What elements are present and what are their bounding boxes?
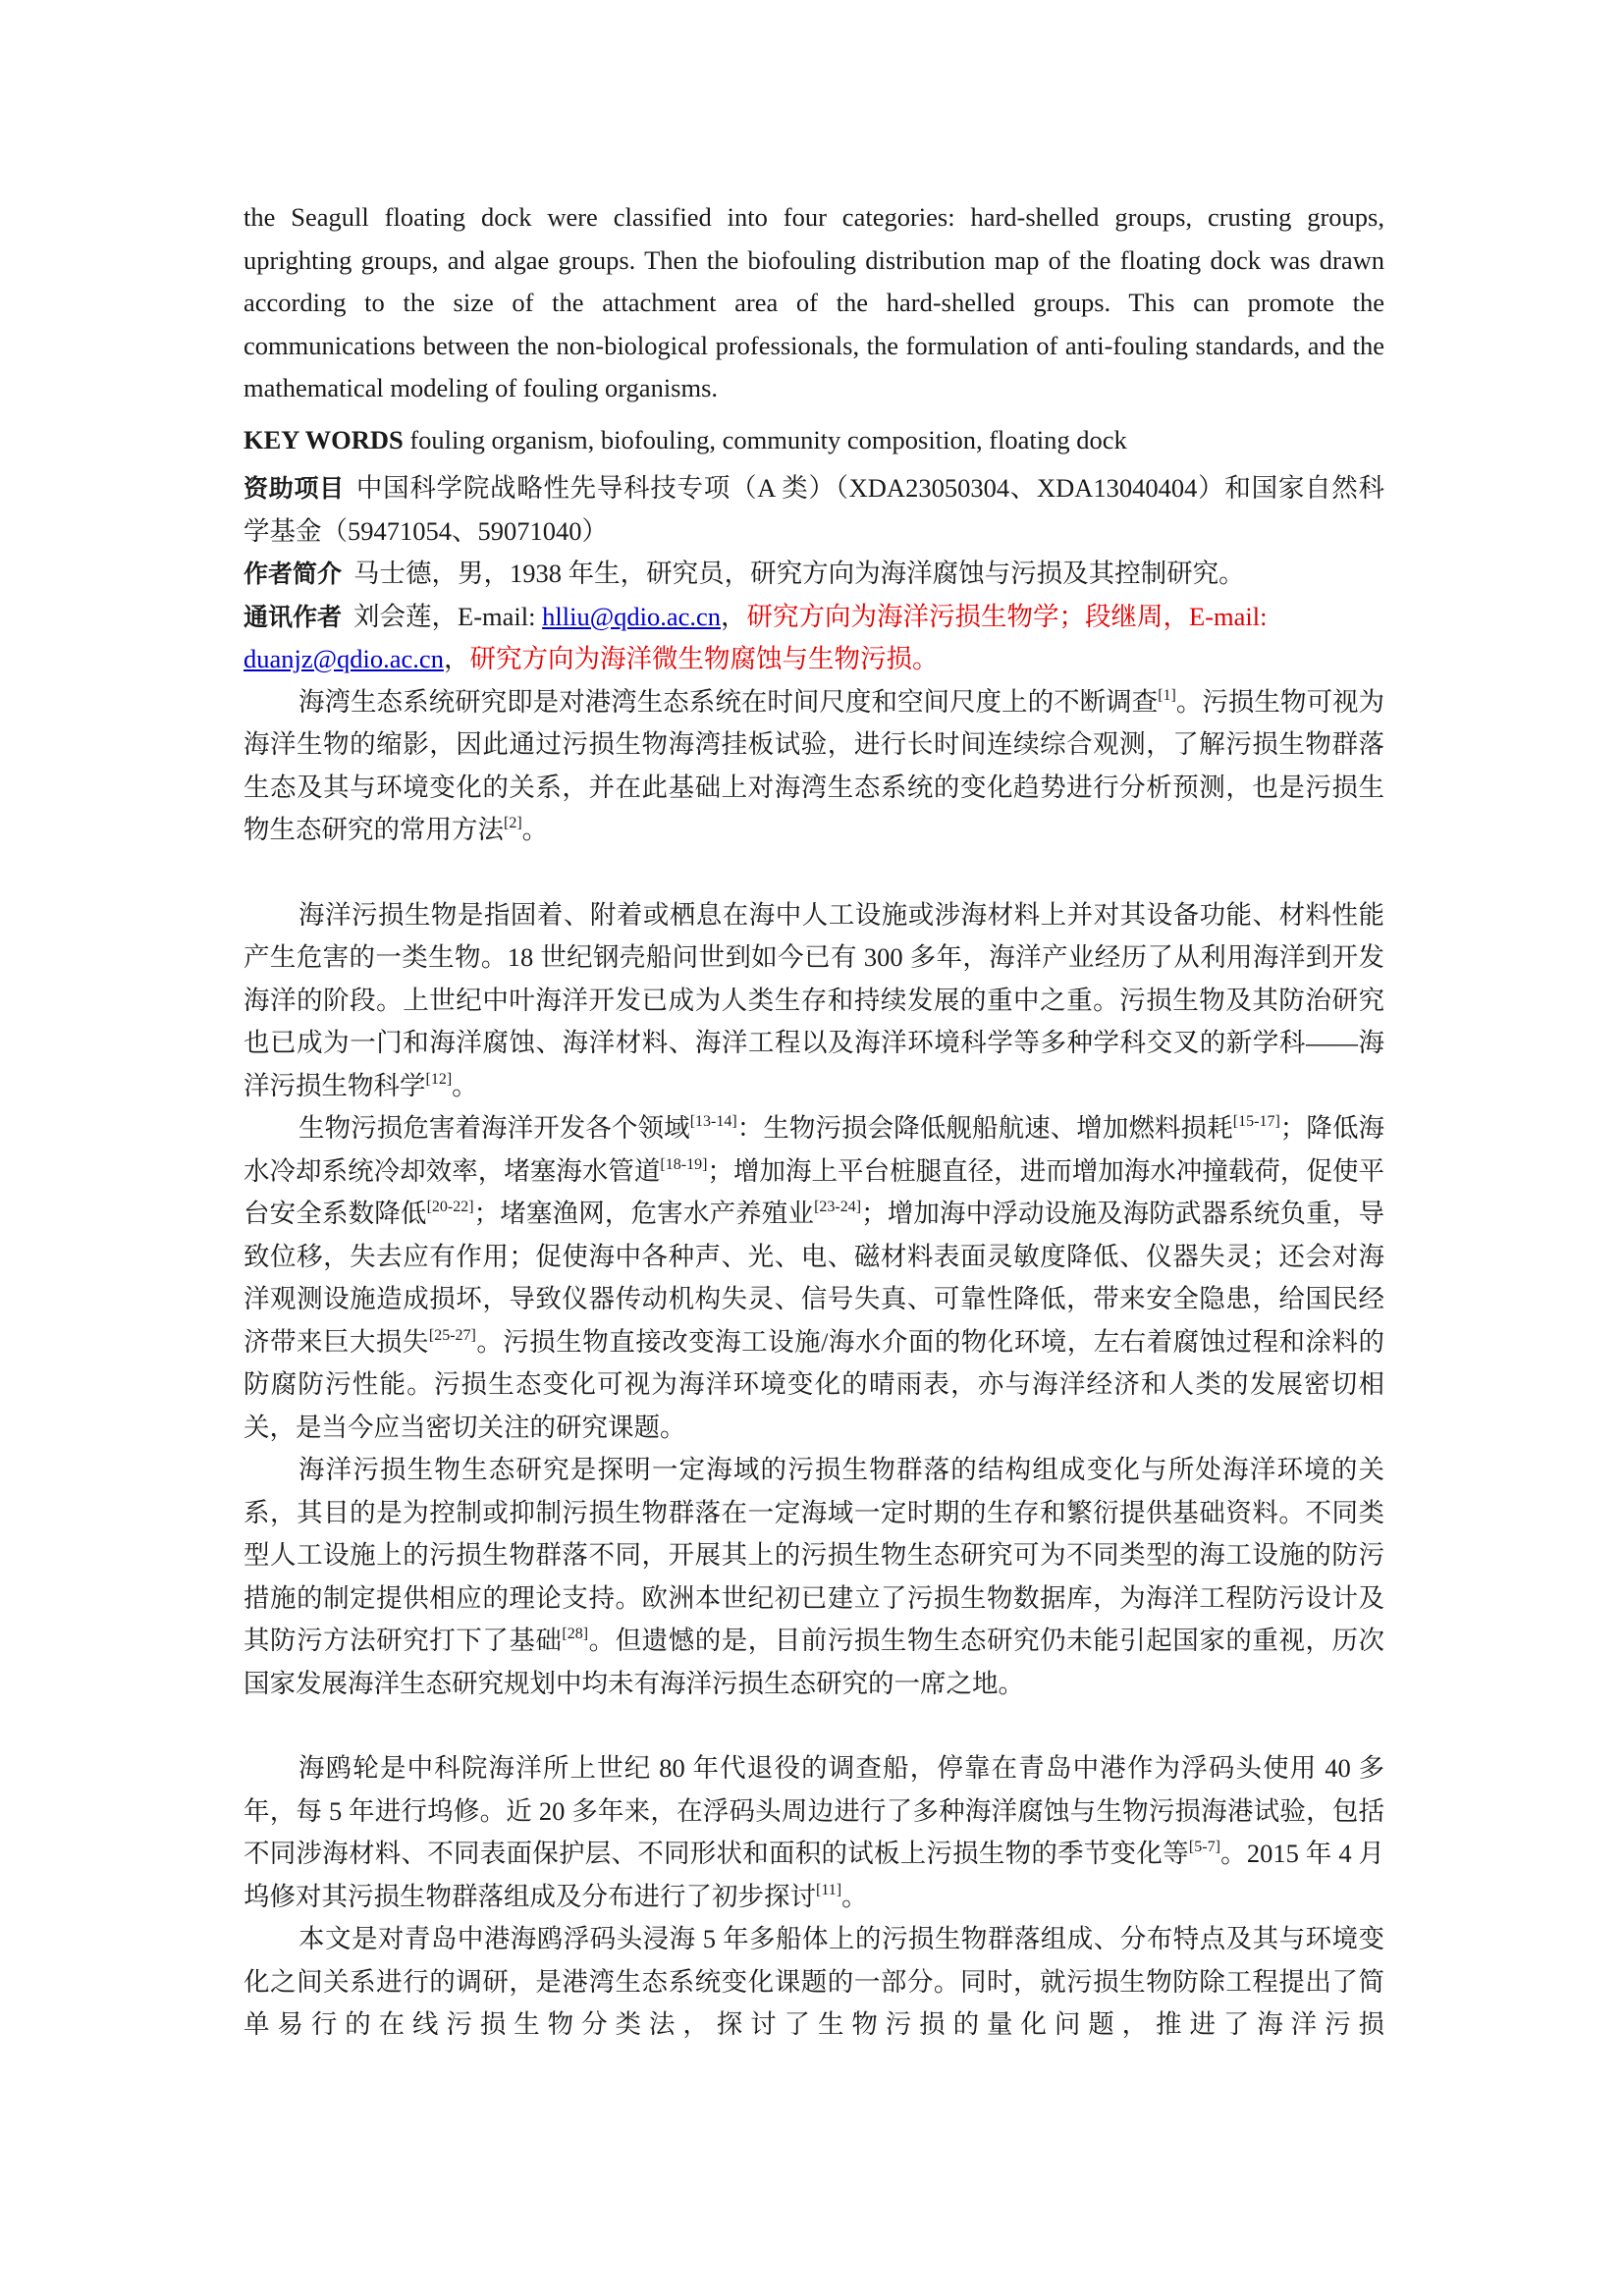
funding-text: 中国科学院战略性先导科技专项（A 类）（XDA23050304、XDA13040… bbox=[244, 473, 1384, 546]
citation: [18-19] bbox=[660, 1156, 707, 1173]
citation: [23-24] bbox=[814, 1199, 861, 1215]
citation: [2] bbox=[504, 815, 522, 831]
paragraph-6: 本文是对青岛中港海鸥浮码头浸海 5 年多船体上的污损生物群落组成、分布特点及其与… bbox=[244, 1918, 1384, 2047]
paragraph-4: 海洋污损生物生态研究是探明一定海域的污损生物群落的结构组成变化与所处海洋环境的关… bbox=[244, 1449, 1384, 1705]
citation: [28] bbox=[562, 1626, 588, 1642]
paragraph-3: 生物污损危害着海洋开发各个领域[13-14]：生物污损会降低舰船航速、增加燃料损… bbox=[244, 1107, 1384, 1449]
funding-label: 资助项目 bbox=[244, 474, 345, 503]
citation: [1] bbox=[1158, 687, 1176, 704]
paragraph-1: 海湾生态系统研究即是对港湾生态系统在时间尺度和空间尺度上的不断调查[1]。污损生… bbox=[244, 681, 1384, 852]
separator: ， bbox=[721, 602, 747, 631]
citation: [25-27] bbox=[429, 1327, 476, 1344]
citation: [15-17] bbox=[1233, 1113, 1280, 1130]
research-direction-1: 研究方向为海洋污损生物学；段继周，E-mail: bbox=[747, 602, 1268, 631]
blank-line bbox=[244, 1705, 1384, 1747]
english-abstract-tail: the Seagull floating dock were classifie… bbox=[244, 196, 1384, 410]
author-bio-line: 作者简介马士德，男，1938 年生，研究员，研究方向为海洋腐蚀与污损及其控制研究… bbox=[244, 553, 1384, 596]
author-bio-text: 马士德，男，1938 年生，研究员，研究方向为海洋腐蚀与污损及其控制研究。 bbox=[353, 559, 1245, 588]
paragraph-2: 海洋污损生物是指固着、附着或栖息在海中人工设施或涉海材料上并对其设备功能、材料性… bbox=[244, 894, 1384, 1108]
blank-line bbox=[244, 852, 1384, 894]
citation: [20-22] bbox=[427, 1199, 474, 1215]
paper-page: the Seagull floating dock were classifie… bbox=[244, 196, 1384, 2047]
email-link-duanjz[interactable]: duanjz@qdio.ac.cn bbox=[244, 644, 444, 673]
keywords-label: KEY WORDS bbox=[244, 425, 404, 454]
keywords-text: fouling organism, biofouling, community … bbox=[404, 425, 1127, 454]
author-bio-label: 作者简介 bbox=[244, 560, 342, 588]
paragraph-5: 海鸥轮是中科院海洋所上世纪 80 年代退役的调查船，停靠在青岛中港作为浮码头使用… bbox=[244, 1747, 1384, 1918]
keywords-line: KEY WORDS fouling organism, biofouling, … bbox=[244, 419, 1384, 462]
separator: ， bbox=[444, 644, 470, 673]
corresponding-author-line: 通讯作者刘会莲，E-mail: hlliu@qdio.ac.cn，研究方向为海洋… bbox=[244, 596, 1384, 681]
citation: [5-7] bbox=[1189, 1839, 1220, 1855]
corresponding-name1: 刘会莲，E-mail: bbox=[353, 602, 542, 631]
corresponding-label: 通讯作者 bbox=[244, 603, 342, 631]
citation: [13-14] bbox=[690, 1113, 737, 1130]
email-link-hlliu[interactable]: hlliu@qdio.ac.cn bbox=[542, 602, 721, 631]
funding-line: 资助项目中国科学院战略性先导科技专项（A 类）（XDA23050304、XDA1… bbox=[244, 467, 1384, 553]
citation: [12] bbox=[426, 1071, 453, 1088]
research-direction-2: 研究方向为海洋微生物腐蚀与生物污损。 bbox=[469, 644, 938, 673]
citation: [11] bbox=[816, 1882, 841, 1898]
